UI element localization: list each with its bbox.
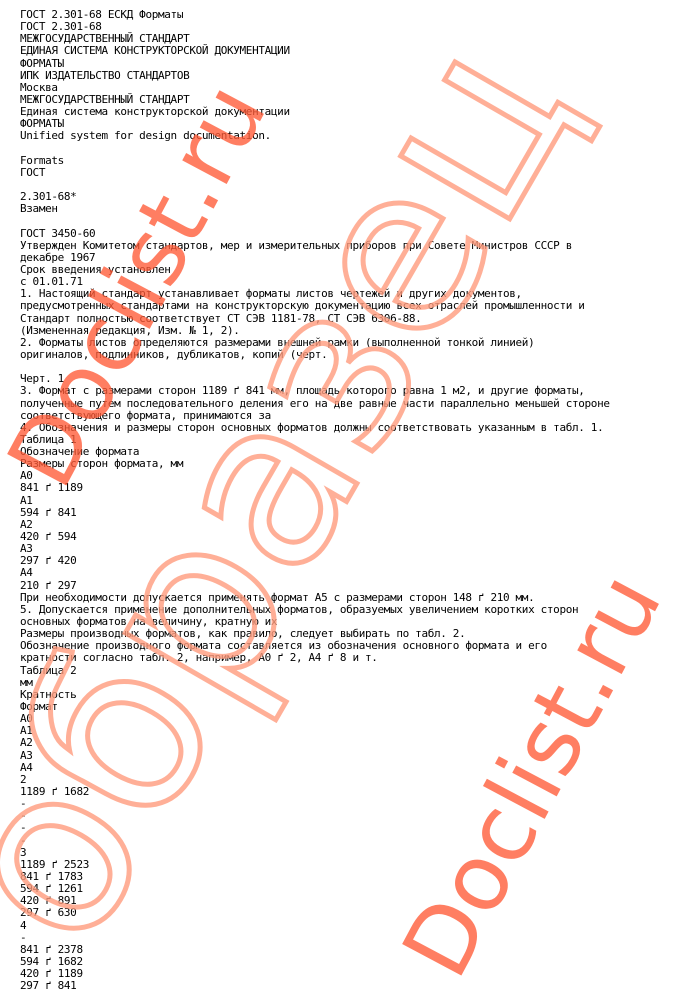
text-line: Кратность (20, 689, 700, 701)
text-line: 1189 ґ 2523 (20, 859, 700, 871)
text-line: 420 ґ 1189 (20, 968, 700, 980)
text-line: ГОСТ (20, 167, 700, 179)
text-line: 297 ґ 841 (20, 980, 700, 992)
text-line: ФОРМАТЫ (20, 58, 700, 70)
text-line: Unified system for design documentation. (20, 130, 700, 142)
text-line: 1189 ґ 1682 (20, 786, 700, 798)
text-line: 594 ґ 1261 (20, 883, 700, 895)
text-line: Единая система конструкторской документа… (20, 106, 700, 118)
text-line: А3 (20, 750, 700, 762)
text-line: оригиналов, подлинников, дубликатов, коп… (20, 349, 700, 361)
text-line: Таблица 2 (20, 665, 700, 677)
text-line: ЕДИНАЯ СИСТЕМА КОНСТРУКТОРСКОЙ ДОКУМЕНТА… (20, 45, 700, 57)
text-line: 841 ґ 2378 (20, 944, 700, 956)
text-line: А3 (20, 543, 700, 555)
text-line: - (20, 932, 700, 944)
text-line: 297 ґ 420 (20, 555, 700, 567)
text-line: Взамен (20, 203, 700, 215)
text-line: Срок введения установлен (20, 264, 700, 276)
text-line: кратности согласно табл. 2, например, А0… (20, 652, 700, 664)
text-line: соответствующего формата, принимаются за (20, 410, 700, 422)
text-line: полученные путем последовательного делен… (20, 398, 700, 410)
text-line: ГОСТ 3450-60 (20, 228, 700, 240)
text-line: А4 (20, 762, 700, 774)
text-line: 420 ґ 594 (20, 531, 700, 543)
blank-line (20, 215, 700, 227)
text-line: А4 (20, 567, 700, 579)
text-line: 841 ґ 1783 (20, 871, 700, 883)
text-line: - (20, 822, 700, 834)
text-line: 594 ґ 841 (20, 507, 700, 519)
text-line: 841 ґ 1189 (20, 482, 700, 494)
text-line: А1 (20, 495, 700, 507)
text-line: 4 (20, 920, 700, 932)
text-line: А0 (20, 470, 700, 482)
text-line: - (20, 810, 700, 822)
text-line: 3 (20, 847, 700, 859)
text-line: Formats (20, 155, 700, 167)
text-line: (Измененная редакция, Изм. № 1, 2). (20, 325, 700, 337)
text-line: 3. Формат с размерами сторон 1189 ґ 841 … (20, 385, 700, 397)
blank-line (20, 143, 700, 155)
document-text: ГОСТ 2.301-68 ЕСКД ФорматыГОСТ 2.301-68М… (20, 9, 700, 992)
text-line: 420 ґ 891 (20, 895, 700, 907)
blank-line (20, 179, 700, 191)
text-line: Размеры сторон формата, мм (20, 458, 700, 470)
text-line: Формат (20, 701, 700, 713)
text-line: - (20, 835, 700, 847)
text-line: 4. Обозначения и размеры сторон основных… (20, 422, 700, 434)
text-line: 2.301-68* (20, 191, 700, 203)
text-line: Утвержден Комитетом стандартов, мер и из… (20, 240, 700, 252)
text-line: А0 (20, 713, 700, 725)
text-line: Стандарт полностью соответствует СТ СЭВ … (20, 313, 700, 325)
text-line: 594 ґ 1682 (20, 956, 700, 968)
text-line: 297 ґ 630 (20, 907, 700, 919)
text-line: мм (20, 677, 700, 689)
text-line: ИПК ИЗДАТЕЛЬСТВО СТАНДАРТОВ (20, 70, 700, 82)
text-line: А2 (20, 737, 700, 749)
text-line: 2 (20, 774, 700, 786)
blank-line (20, 361, 700, 373)
text-line: А2 (20, 519, 700, 531)
text-line: ГОСТ 2.301-68 ЕСКД Форматы (20, 9, 700, 21)
text-line: А1 (20, 725, 700, 737)
text-line: предусмотренных стандартами на конструкт… (20, 300, 700, 312)
text-line: - (20, 798, 700, 810)
text-line: 210 ґ 297 (20, 580, 700, 592)
